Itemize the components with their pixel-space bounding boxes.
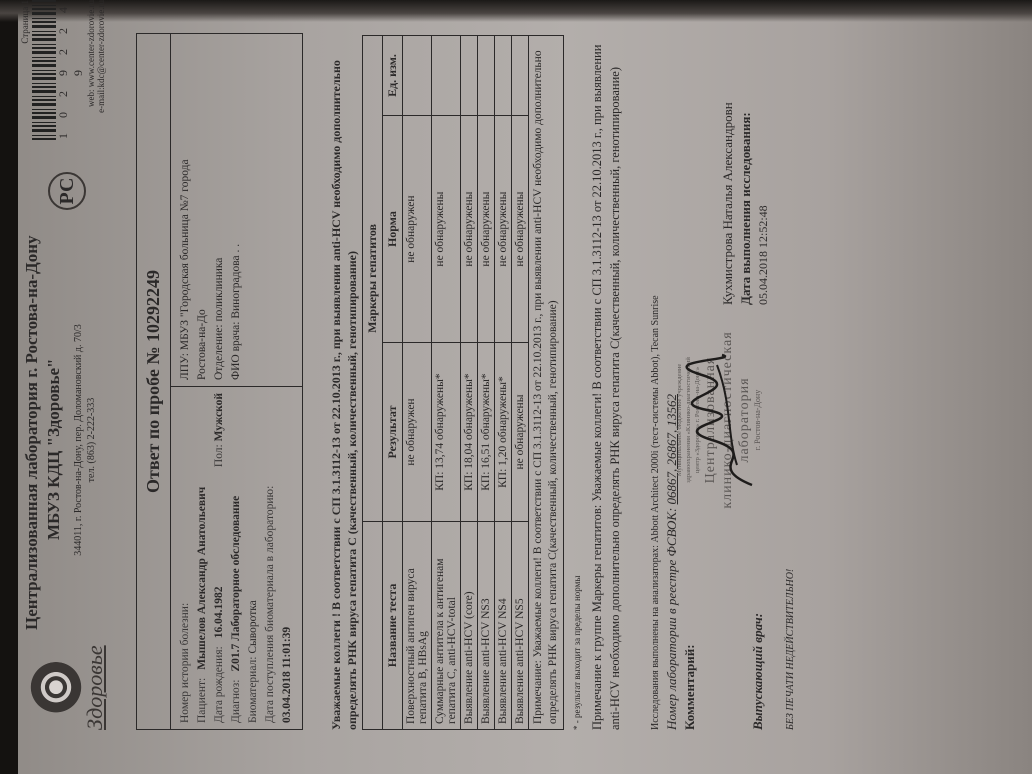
lab-report-page: Здоровье Централизованная лаборатория г.… — [10, 10, 1020, 770]
table-note: Примечание: Уважаемые коллеги! В соответ… — [529, 36, 564, 730]
registry-label: Номер лаборатории в реестре ФСВОК: — [664, 508, 679, 730]
done-label: Дата выполнения исследования: — [738, 112, 754, 305]
table-row: Суммарные антитела к антигенам гепатита … — [432, 36, 461, 730]
test-unit — [512, 36, 529, 116]
test-name: Поверхностный антиген вируса гепатита В,… — [403, 521, 432, 729]
doctor-name: Кухмистрова Наталья Александровн — [720, 102, 736, 305]
col-header-name: Название теста — [383, 521, 403, 729]
email-address: e-mail:kdc@center-zdorovie.ru — [96, 0, 106, 140]
lab-subtitle: МБУЗ КДЦ "Здоровье" — [44, 359, 64, 540]
logo-text: Здоровье — [82, 645, 108, 730]
test-norm: не обнаружены — [478, 115, 495, 342]
patient-name: Мышелов Александр Анатольевич — [194, 487, 211, 670]
department: Отделение: поликлиника — [211, 40, 228, 380]
table-row: Выявление anti-HCV NS4КП: 1,20 обнаружен… — [495, 36, 512, 730]
lpu-line-2: Ростова-на-До — [194, 40, 211, 380]
dob-value: 16.04.1982 — [211, 587, 228, 639]
phone-line: тел. (863) 2-222-333 — [85, 250, 98, 630]
test-unit — [478, 36, 495, 116]
dob-label: Дата рождения: — [211, 646, 228, 723]
test-norm: не обнаружены — [495, 115, 512, 342]
test-norm: не обнаружен — [403, 115, 432, 342]
test-norm: не обнаружены — [461, 115, 478, 342]
footnote: * - результат выходит за пределы нормы — [572, 576, 582, 730]
received-value: 03.04.2018 11:01:39 — [279, 627, 296, 723]
group-title: Маркеры гепатитов — [363, 36, 383, 522]
received-label: Дата поступления биоматериала в лаборато… — [262, 486, 279, 723]
test-norm: не обнаружены — [432, 115, 461, 342]
table-row: Поверхностный антиген вируса гепатита В,… — [403, 36, 432, 730]
test-unit — [495, 36, 512, 116]
page-label: Страница 1 — [20, 0, 30, 140]
lab-logo: Здоровье — [28, 650, 118, 730]
comment-label: Комментарий: — [682, 644, 698, 730]
analyzers-info: Исследования выполнены на анализаторах: … — [650, 295, 661, 730]
test-result: КП: 13,74 обнаружены* — [432, 343, 461, 522]
patient-info: Номер истории болезни: Пациент:Мышелов А… — [171, 386, 302, 729]
group-note: Примечание к группе Маркеры гепатитов: У… — [588, 30, 624, 730]
no-stamp-warning: БЕЗ ПЕЧАТИ НЕДЕЙСТВИТЕЛЬНО! — [785, 569, 796, 730]
lpu-info: ЛПУ: МБУЗ "Городская больница №7 города … — [171, 34, 302, 386]
test-name: Выявление anti-HCV NS4 — [495, 521, 512, 729]
test-unit — [403, 36, 432, 116]
referring-doctor: ФИО врача: Виноградова . . — [228, 40, 245, 380]
sex-label: Пол: — [213, 444, 225, 467]
report-header: Здоровье Централизованная лаборатория г.… — [20, 30, 140, 730]
lab-title: Централизованная лаборатория г. Ростова-… — [22, 235, 42, 630]
barcode-icon — [32, 0, 56, 140]
test-name: Выявление anti-HCV NS5 — [512, 521, 529, 729]
done-date: 05.04.2018 12:52:48 — [756, 205, 771, 305]
test-unit — [461, 36, 478, 116]
barcode-block: Страница 1 1 0 2 9 2 2 4 9 web: www.cent… — [20, 0, 106, 140]
test-result: не обнаружен — [403, 343, 432, 522]
test-name: Выявление anti-HCV NS3 — [478, 521, 495, 729]
swirl-logo-icon — [28, 662, 84, 718]
col-header-norm: Норма — [383, 115, 403, 342]
test-unit — [432, 36, 461, 116]
diagnosis-label: Диагноз: — [228, 680, 245, 723]
report-title: Ответ по пробе № 10292249 — [137, 34, 171, 729]
history-label: Номер истории болезни: — [177, 603, 194, 723]
test-name: Суммарные антитела к антигенам гепатита … — [432, 521, 461, 729]
barcode-number: 1 0 2 9 2 2 4 9 — [56, 0, 86, 140]
biomaterial-label: Биоматериал: — [245, 657, 262, 723]
table-row: Выявление anti-HCV NS5не обнаруженыне об… — [512, 36, 529, 730]
test-name: Выявление anti-HCV (core) — [461, 521, 478, 729]
warning-notice: Уважаемые коллеги ! В соответствии с СП … — [328, 35, 360, 730]
test-result: КП: 16,51 обнаружены* — [478, 343, 495, 522]
results-table: Маркеры гепатитов Название теста Результ… — [362, 35, 564, 730]
lpu-line-1: ЛПУ: МБУЗ "Городская больница №7 города — [177, 40, 194, 380]
lab-address: 344011, г. Ростов-на-Дону, пер. Доломано… — [72, 250, 98, 630]
report-info-box: Ответ по пробе № 10292249 Номер истории … — [136, 33, 303, 730]
diagnosis-value: Z01.7 Лабораторное обследование — [228, 496, 245, 672]
table-row: Выявление anti-HCV (core)КП: 18,04 обнар… — [461, 36, 478, 730]
table-row: Выявление anti-HCV NS3КП: 16,51 обнаруже… — [478, 36, 495, 730]
test-result: не обнаружены — [512, 343, 529, 522]
col-header-result: Результат — [383, 343, 403, 522]
sex-value: Мужской — [213, 393, 225, 441]
address-line: 344011, г. Ростов-на-Дону, пер. Доломано… — [72, 250, 85, 630]
signature-icon — [682, 345, 772, 495]
certification-mark-icon: РС — [48, 172, 86, 210]
test-result: КП: 18,04 обнаружены* — [461, 343, 478, 522]
col-header-unit: Ед. изм. — [383, 36, 403, 116]
patient-label: Пациент: — [194, 678, 211, 723]
test-result: КП: 1,20 обнаружены* — [495, 343, 512, 522]
test-norm: не обнаружены — [512, 115, 529, 342]
web-address: web: www.center-zdorovie.ru — [86, 0, 96, 140]
biomaterial-value: Сыворотка — [245, 600, 262, 653]
doctor-label: Выпускающий врач: — [750, 613, 766, 730]
